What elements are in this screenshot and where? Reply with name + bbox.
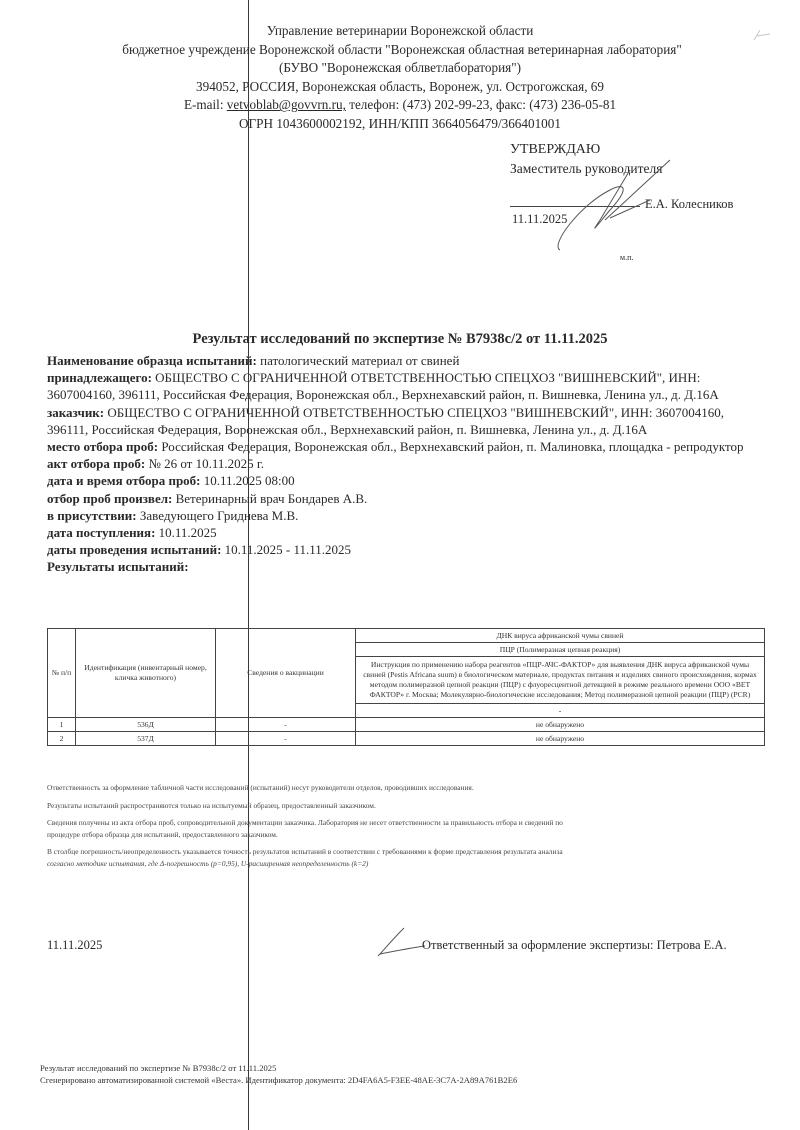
lab-address: 394052, РОССИЯ, Воронежская область, Вор… <box>0 78 800 97</box>
field-value: Ветеринарный врач Бондарев А.В. <box>172 491 367 506</box>
field-value: 10.11.2025 08:00 <box>201 473 295 488</box>
row-num: 2 <box>48 732 76 746</box>
results-table: № п/п Идентификация (инвентарный номер, … <box>47 628 765 746</box>
signoff-date: 11.11.2025 <box>47 938 102 953</box>
note-scope: Результаты испытаний распространяются то… <box>47 801 777 812</box>
row-result: не обнаружено <box>356 732 765 746</box>
note-sampling-source-cont: процедуре отбора образца для испытаний, … <box>47 830 777 841</box>
indicator-header: ДНК вируса африканской чумы свиней <box>356 629 765 643</box>
sample-details: Наименование образца испытаний: патологи… <box>47 352 767 576</box>
authority-name: Управление ветеринарии Воронежской облас… <box>0 22 800 41</box>
field-label: дата поступления: <box>47 525 155 540</box>
norm-header: - <box>356 704 765 718</box>
phone-fax: телефон: (473) 202-99-23, факс: (473) 23… <box>349 97 616 112</box>
disclaimer-notes: Ответственность за оформление табличной … <box>47 783 777 877</box>
field-sampling-act: акт отбора проб: № 26 от 10.11.2025 г. <box>47 455 767 472</box>
field-test-dates: даты проведения испытаний: 10.11.2025 - … <box>47 541 767 558</box>
note-responsibility: Ответственность за оформление табличной … <box>47 783 777 794</box>
field-sample-name: Наименование образца испытаний: патологи… <box>47 352 767 369</box>
field-label: заказчик: <box>47 405 104 420</box>
field-sampling-place: место отбора проб: Российская Федерация,… <box>47 438 767 455</box>
field-received-date: дата поступления: 10.11.2025 <box>47 524 767 541</box>
note-sampling-source: Сведения получены из акта отбора проб, с… <box>47 818 777 829</box>
note-uncertainty: В столбце погрешность/неопределенность у… <box>47 847 777 858</box>
table-row: 2 537Д - не обнаружено <box>48 732 765 746</box>
field-label: Наименование образца испытаний: <box>47 353 257 368</box>
row-vaccination: - <box>216 718 356 732</box>
method-type-header: ПЦР (Полимеразная цепная реакция) <box>356 643 765 657</box>
field-label: в присутствии: <box>47 508 137 523</box>
row-id: 536Д <box>76 718 216 732</box>
page-footer: Результат исследований по экспертизе № В… <box>40 1062 517 1086</box>
field-value: 10.11.2025 - 11.11.2025 <box>221 542 351 557</box>
responsible-person: Ответственный за оформление экспертизы: … <box>422 938 727 953</box>
field-label: даты проведения испытаний: <box>47 542 221 557</box>
field-label: принадлежащего: <box>47 370 152 385</box>
row-vaccination: - <box>216 732 356 746</box>
footer-doc-ref: Результат исследований по экспертизе № В… <box>40 1062 517 1074</box>
field-value: патологический материал от свиней <box>257 353 460 368</box>
field-customer: заказчик: ОБЩЕСТВО С ОГРАНИЧЕННОЙ ОТВЕТС… <box>47 404 767 438</box>
field-witness: в присутствии: Заведующего Гриднева М.В. <box>47 507 767 524</box>
lab-header: Управление ветеринарии Воронежской облас… <box>0 22 800 134</box>
row-result: не обнаружено <box>356 718 765 732</box>
row-num: 1 <box>48 718 76 732</box>
field-label: место отбора проб: <box>47 439 158 454</box>
row-id: 537Д <box>76 732 216 746</box>
col-header-vaccination: Сведения о вакцинации <box>216 629 356 718</box>
table-row: 1 536Д - не обнаружено <box>48 718 765 732</box>
lab-short-name: (БУВО "Воронежская облветлаборатория") <box>0 59 800 78</box>
note-uncertainty-cont: согласно методике испытания, где Δ-погре… <box>47 859 777 870</box>
field-label: отбор проб произвел: <box>47 491 172 506</box>
email-link[interactable]: vetvoblab@govvrn.ru, <box>227 97 346 112</box>
field-value: Российская Федерация, Воронежская обл., … <box>158 439 743 454</box>
signature-icon <box>550 150 690 260</box>
approval-block: УТВЕРЖДАЮ Заместитель руководителя Е.А. … <box>510 140 662 178</box>
method-document-header: Инструкция по применению набора реагенто… <box>356 657 765 704</box>
header-row-indicator: № п/п Идентификация (инвентарный номер, … <box>48 629 765 643</box>
footer-doc-id: Сгенерировано автоматизированной системо… <box>40 1074 517 1086</box>
field-results-heading: Результаты испытаний: <box>47 558 767 575</box>
col-header-num: № п/п <box>48 629 76 718</box>
field-value: Заведующего Гриднева М.В. <box>137 508 299 523</box>
email-label: E-mail: <box>184 97 224 112</box>
field-value: № 26 от 10.11.2025 г. <box>145 456 264 471</box>
field-label: дата и время отбора проб: <box>47 473 201 488</box>
lab-full-name: бюджетное учреждение Воронежской области… <box>2 41 800 60</box>
col-header-identification: Идентификация (инвентарный номер, кличка… <box>76 629 216 718</box>
lab-contacts: E-mail: vetvoblab@govvrn.ru, телефон: (4… <box>0 96 800 115</box>
lab-registration: ОГРН 1043600002192, ИНН/КПП 3664056479/3… <box>0 115 800 134</box>
field-label: Результаты испытаний: <box>47 559 189 574</box>
document-page: Управление ветеринарии Воронежской облас… <box>0 0 800 1130</box>
signature-icon <box>370 920 430 960</box>
field-value: 10.11.2025 <box>155 525 216 540</box>
field-sampled-by: отбор проб произвел: Ветеринарный врач Б… <box>47 490 767 507</box>
field-label: акт отбора проб: <box>47 456 145 471</box>
field-value: ОБЩЕСТВО С ОГРАНИЧЕННОЙ ОТВЕТСТВЕННОСТЬЮ… <box>47 405 724 437</box>
field-sampling-datetime: дата и время отбора проб: 10.11.2025 08:… <box>47 472 767 489</box>
field-owner: принадлежащего: ОБЩЕСТВО С ОГРАНИЧЕННОЙ … <box>47 369 767 403</box>
document-title: Результат исследований по экспертизе № В… <box>0 331 800 348</box>
